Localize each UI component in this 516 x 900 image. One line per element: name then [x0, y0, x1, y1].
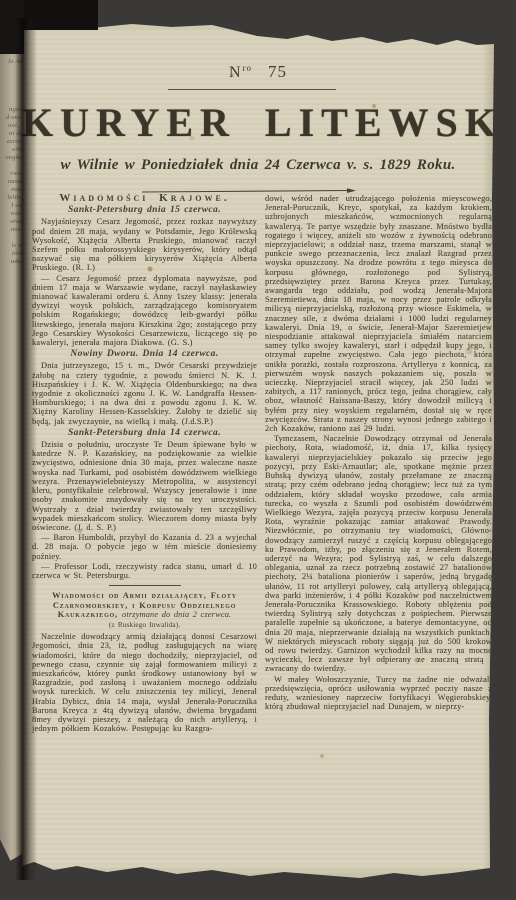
paragraph: Dnia jutrzeyszego, 15 t. m., Dwór Cesars…	[32, 361, 257, 425]
scan-background: lo Au ngiel d one. ość, i ni dę zares, o…	[0, 0, 516, 900]
source-note: (z Ruskiego Inwalida).	[32, 621, 257, 630]
paragraph: Nayjaśnieyszy Cesarz Jegomość, przez roz…	[32, 217, 257, 272]
section-heading-krajowe: Wiadomości Krajowe.	[32, 194, 257, 203]
left-column: Wiadomości Krajowe. Sankt-Petersburg dni…	[32, 194, 257, 734]
paragraph: W małey Wołoszczyznie, Turcy na żadne ni…	[265, 675, 492, 712]
issue-superscript: ro	[243, 63, 253, 73]
paragraph: Tymczasem, Naczelnie Dowodzący otrzymał …	[265, 434, 492, 673]
paragraph: Dzisia o południu, uroczyste Te Deum śpi…	[32, 440, 257, 532]
right-column: dowi, wśród nader utrudzającego położeni…	[265, 194, 492, 734]
newspaper-page: Nro75 KURYER LITEWSKI w Wilnie w Poniedz…	[22, 18, 494, 880]
paragraph: — Cesarz Jegomość przez dyplomata naywyż…	[32, 274, 257, 348]
issue-number-value: 75	[268, 62, 287, 81]
section-divider	[109, 585, 181, 586]
subheading-sankt-petersburg-14: Sankt-Petersburg dnia 14 czerwca.	[32, 429, 257, 438]
armii-heading-italic: otrzymane do dnia 2 czerwca.	[122, 610, 231, 619]
issue-prefix: N	[229, 64, 242, 81]
subheading-nowiny-dworu: Nowiny Dworu. Dnia 14 czerwca.	[32, 350, 257, 359]
dateline: w Wilnie w Poniedziałek dnia 24 Czerwca …	[22, 157, 494, 174]
newspaper-title: KURYER LITEWSKI	[22, 99, 494, 146]
scan-dark-edge	[0, 0, 24, 54]
section-heading-armii: Wiadomości od Armii działającey, Floty C…	[32, 591, 257, 620]
subheading-sankt-petersburg-15: Sankt-Petersburg dnia 15 czerwca.	[32, 206, 257, 215]
paragraph: Naczelnie dowodzący armią działającą don…	[32, 632, 257, 733]
issue-number: Nro75	[22, 62, 494, 82]
article-columns: Wiadomości Krajowe. Sankt-Petersburg dni…	[32, 194, 492, 734]
paragraph: — Professor Lodi, rzeczywisty radca stan…	[32, 562, 257, 580]
masthead-rule	[168, 89, 336, 90]
paragraph: — Baron Humboldt, przybył do Kazania d. …	[32, 533, 257, 561]
masthead: Nro75 KURYER LITEWSKI w Wilnie w Poniedz…	[22, 18, 494, 195]
paragraph: dowi, wśród nader utrudzającego położeni…	[265, 194, 492, 433]
